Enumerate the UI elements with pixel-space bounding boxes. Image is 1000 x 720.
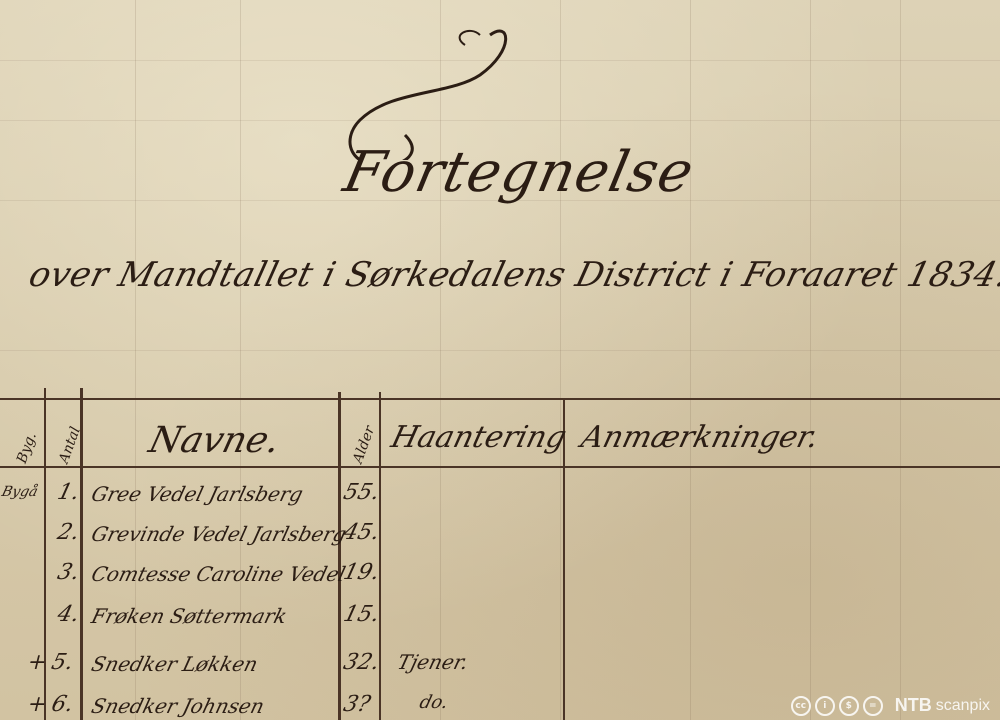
table-row: 2. Grevinde Vedel Jarlsberg 45. — [0, 518, 1000, 556]
watermark: cc i $ = NTBscanpix — [791, 695, 990, 716]
column-header-byg: Byg. — [14, 430, 40, 465]
row-age: 3? — [341, 692, 373, 717]
row-name: Frøken Søttermark — [89, 604, 289, 628]
column-header-navne: Navne. — [145, 420, 284, 461]
header-bottom-rule — [0, 466, 1000, 468]
grid-line — [0, 350, 1000, 351]
row-age: 55. — [341, 480, 382, 505]
by-icon: i — [815, 696, 835, 716]
row-age: 45. — [341, 520, 382, 545]
document-title: Fortegnelse — [338, 140, 700, 205]
row-occupation: Tjener. — [395, 650, 471, 674]
brand-logo: NTB — [895, 695, 932, 716]
row-name: Grevinde Vedel Jarlsberg — [89, 522, 349, 546]
nc-icon: $ — [839, 696, 859, 716]
row-name: Snedker Johnsen — [89, 694, 267, 718]
document-subtitle: over Mandtallet i Sørkedalens District i… — [25, 255, 1000, 295]
title-flourish — [330, 10, 530, 160]
table-row: 4. Frøken Søttermark 15. — [0, 600, 1000, 638]
row-mark: + — [25, 692, 50, 717]
row-name: Snedker Løkken — [89, 652, 260, 676]
document-photo: Fortegnelse over Mandtallet i Sørkedalen… — [0, 0, 1000, 720]
row-mark: + — [25, 650, 50, 675]
table-row: + 5. Snedker Løkken 32. Tjener. — [0, 648, 1000, 686]
nd-icon: = — [863, 696, 883, 716]
row-number: 6. — [49, 692, 76, 717]
row-mark: Bygå — [0, 484, 40, 500]
row-number: 2. — [55, 520, 82, 545]
table-row: 3. Comtesse Caroline Vedel 19. — [0, 558, 1000, 596]
table-row: Bygå 1. Gree Vedel Jarlsberg 55. — [0, 478, 1000, 516]
row-occupation: do. — [417, 692, 450, 713]
table-top-rule — [0, 398, 1000, 400]
cc-icon: cc — [791, 696, 811, 716]
column-header-haantering: Haantering — [388, 420, 570, 455]
brand-sub: scanpix — [936, 697, 990, 715]
row-age: 32. — [341, 650, 382, 675]
column-header-alder: Alder — [350, 424, 378, 466]
row-name: Gree Vedel Jarlsberg — [89, 482, 306, 506]
column-header-anmaerkninger: Anmærkninger. — [578, 420, 823, 455]
row-age: 19. — [341, 560, 382, 585]
row-number: 5. — [49, 650, 76, 675]
row-age: 15. — [341, 602, 382, 627]
row-number: 1. — [55, 480, 82, 505]
row-number: 3. — [55, 560, 82, 585]
row-name: Comtesse Caroline Vedel — [89, 562, 348, 586]
row-number: 4. — [55, 602, 82, 627]
